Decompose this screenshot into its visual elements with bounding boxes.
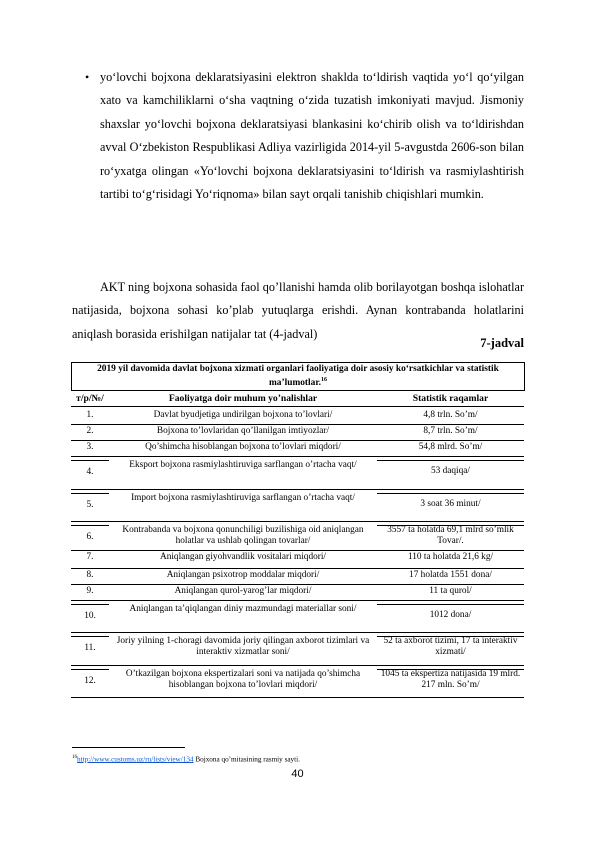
row-inner-rule xyxy=(377,460,524,461)
header-statistics: Statistik raqamlar xyxy=(377,392,524,405)
row-rule xyxy=(71,665,524,666)
footnote-ref: 16 xyxy=(321,377,327,383)
row-value: 3 soat 36 minut/ xyxy=(377,499,524,510)
header-rule xyxy=(71,406,524,407)
row-number: 12. xyxy=(71,676,109,687)
row-inner-rule xyxy=(71,525,109,526)
row-number: 11. xyxy=(71,643,109,654)
row-activity: Eksport bojxona rasmiylashtiruviga sarfl… xyxy=(109,460,377,471)
row-value: 54,8 mlrd. So’m/ xyxy=(377,442,524,453)
row-inner-rule xyxy=(71,636,109,637)
row-rule xyxy=(71,568,524,569)
bullet-icon: • xyxy=(85,66,89,89)
row-number: 8. xyxy=(71,570,109,581)
row-value: 4,8 trln. So’m/ xyxy=(377,410,524,421)
row-inner-rule xyxy=(71,460,109,461)
header-number: т/р/№/ xyxy=(71,392,109,405)
row-activity: Kontrabanda va bojxona qonunchiligi buzi… xyxy=(109,525,377,547)
header-activity: Faoliyatga doir muhum yo’nalishlar xyxy=(109,392,377,405)
row-value: 8,7 trln. So’m/ xyxy=(377,426,524,437)
footnote-text: Bojxona qo’mitasining rasmiy sayti. xyxy=(194,755,300,763)
row-activity: Aniqlangan psixotrop moddalar miqdori/ xyxy=(109,570,377,581)
row-number: 10. xyxy=(71,611,109,622)
row-value: 1012 dona/ xyxy=(377,610,524,621)
row-value: 1045 ta ekspertiza natijasida 19 mlrd. 2… xyxy=(377,669,524,691)
row-rule xyxy=(71,550,524,551)
row-value: 11 ta qurol/ xyxy=(377,586,524,597)
bullet-paragraph-text: yo‘lovchi bojxona deklaratsiyasini elekt… xyxy=(100,70,524,201)
row-activity: Import bojxona rasmiylashtiruviga sarfla… xyxy=(109,493,377,504)
row-number: 6. xyxy=(71,532,109,543)
row-inner-rule xyxy=(71,669,109,670)
row-activity: Aniqlangan qurol-yarog’lar miqdori/ xyxy=(109,586,377,597)
row-rule xyxy=(71,489,524,490)
row-value: 110 ta holatda 21,6 kg/ xyxy=(377,552,524,563)
footnote-link[interactable]: http://www.customs.uz/ru/lists/view/134 xyxy=(77,755,194,763)
row-rule xyxy=(71,632,524,633)
row-rule xyxy=(71,440,524,441)
row-number: 5. xyxy=(71,500,109,511)
row-activity: Davlat byudjetiga undirilgan bojxona to’… xyxy=(109,410,377,421)
page-number: 40 xyxy=(0,768,595,780)
row-inner-rule xyxy=(377,525,524,526)
row-number: 7. xyxy=(71,552,109,563)
table-title-text: 2019 yil davomida davlat bojxona xizmati… xyxy=(97,364,499,388)
row-number: 3. xyxy=(71,442,109,453)
row-rule xyxy=(71,456,524,457)
row-number: 2. xyxy=(71,426,109,437)
row-rule xyxy=(71,584,524,585)
row-rule xyxy=(71,424,524,425)
row-number: 9. xyxy=(71,586,109,597)
row-activity: Aniqlangan ta’qiqlangan diniy mazmundagi… xyxy=(109,604,377,615)
footnote: 16http://www.customs.uz/ru/lists/view/13… xyxy=(72,753,300,764)
row-inner-rule xyxy=(377,493,524,494)
bullet-paragraph: • yo‘lovchi bojxona deklaratsiyasini ele… xyxy=(100,66,524,206)
row-inner-rule xyxy=(377,669,524,670)
row-rule xyxy=(71,600,524,601)
row-number: 1. xyxy=(71,410,109,421)
row-inner-rule xyxy=(377,604,524,605)
row-value: 52 ta axborot tizimi, 17 ta interaktiv x… xyxy=(377,636,524,658)
row-activity: Joriy yilning 1-choragi davomida joriy q… xyxy=(109,636,377,658)
row-activity: Qo’shimcha hisoblangan bojxona to’lovlar… xyxy=(109,442,377,453)
row-value: 3557 ta holatda 69,1 mlrd so’mlik Tovar/… xyxy=(377,525,524,547)
row-inner-rule xyxy=(377,636,524,637)
row-activity: O’tkazilgan bojxona ekspertizalari soni … xyxy=(109,669,377,691)
row-value: 17 holatda 1551 dona/ xyxy=(377,570,524,581)
row-number: 4. xyxy=(71,467,109,478)
footnote-separator xyxy=(72,747,185,748)
row-inner-rule xyxy=(71,604,109,605)
table-label: 7-jadval xyxy=(480,336,524,351)
row-rule xyxy=(71,697,524,698)
row-rule xyxy=(71,521,524,522)
akt-paragraph: AKT ning bojxona sohasida faol qo’llanis… xyxy=(72,276,524,346)
row-value: 53 daqiqa/ xyxy=(377,466,524,477)
row-inner-rule xyxy=(71,493,109,494)
table-title: 2019 yil davomida davlat bojxona xizmati… xyxy=(71,362,525,391)
row-activity: Aniqlangan giyohvandlik vositalari miqdo… xyxy=(109,552,377,563)
row-activity: Bojxona to’lovlaridan qo’llanilgan imtiy… xyxy=(109,426,377,437)
